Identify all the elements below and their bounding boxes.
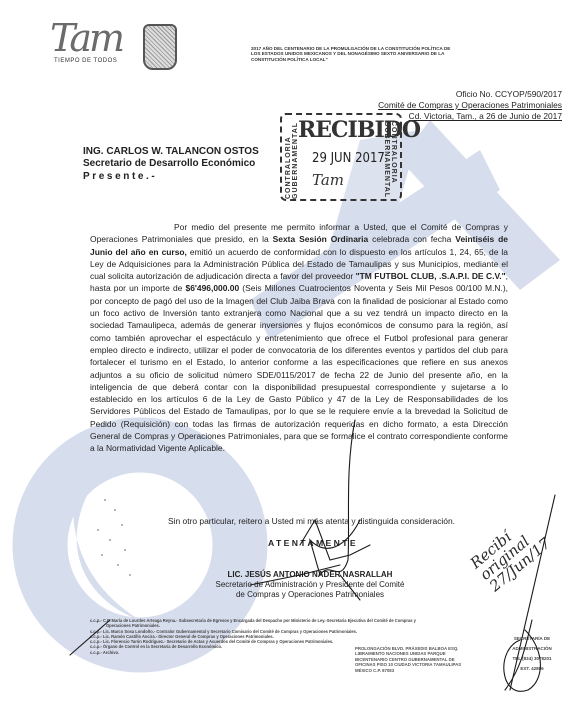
stamp-word: RECIBIDO (298, 117, 420, 143)
handwritten-receipt-note: Recibí original 27/Jun/17 (468, 513, 553, 595)
stamp-date: 29 JUN 2017 (312, 151, 385, 166)
signer-title-1: Secretario de Administración y President… (200, 580, 420, 590)
committee-name: Comité de Compras y Operaciones Patrimon… (378, 100, 562, 111)
closing-line: Sin otro particular, reitero a Usted mi … (168, 516, 455, 526)
atentamente: ATENTAMENTE (268, 538, 358, 548)
addressee-title: Secretario de Desarrollo Económico (83, 158, 259, 170)
stamp-right-label: CONTRALORIA GUBERNAMENTAL (383, 121, 397, 199)
year-motto: 2017 AÑO DEL CENTENARIO DE LA PROMULGACI… (251, 46, 451, 62)
addressee-block: ING. CARLOS W. TALANCON OSTOS Secretario… (83, 146, 259, 183)
logo-mark: Tam (50, 18, 122, 58)
salutation: Presente.- (83, 171, 259, 183)
footer-address: Prolongación Blvd. Práxedis Balboa Esq. … (355, 646, 465, 673)
signer-title-2: de Compras y Operaciones Patrimoniales (200, 590, 420, 600)
secretariat-seal: SECRETARÍA DE ADMINISTRACIÓN TEL (834) 3… (500, 634, 564, 674)
stamp-signature: Tam (312, 171, 344, 189)
logo-tagline: TIEMPO DE TODOS (54, 58, 117, 64)
letter-page: Tam TIEMPO DE TODOS 2017 AÑO DEL CENTENA… (0, 0, 584, 704)
state-crest-icon (143, 24, 177, 70)
oficio-number: Oficio No. CCYOP/590/2017 (378, 89, 562, 100)
received-stamp: CONTRALORIA GUBERNAMENTAL RECIBIDO 29 JU… (280, 113, 402, 201)
signer-name: LIC. JESÚS ANTONIO NADER NASRALLAH (200, 570, 420, 580)
body-paragraph: Por medio del presente me permito inform… (90, 221, 508, 455)
stamp-left-label: CONTRALORIA GUBERNAMENTAL (285, 121, 299, 199)
government-logo: Tam TIEMPO DE TODOS (50, 18, 136, 68)
addressee-name: ING. CARLOS W. TALANCON OSTOS (83, 146, 259, 158)
signer-block: LIC. JESÚS ANTONIO NADER NASRALLAH Secre… (200, 570, 420, 600)
letter-body: Por medio del presente me permito inform… (90, 221, 508, 455)
